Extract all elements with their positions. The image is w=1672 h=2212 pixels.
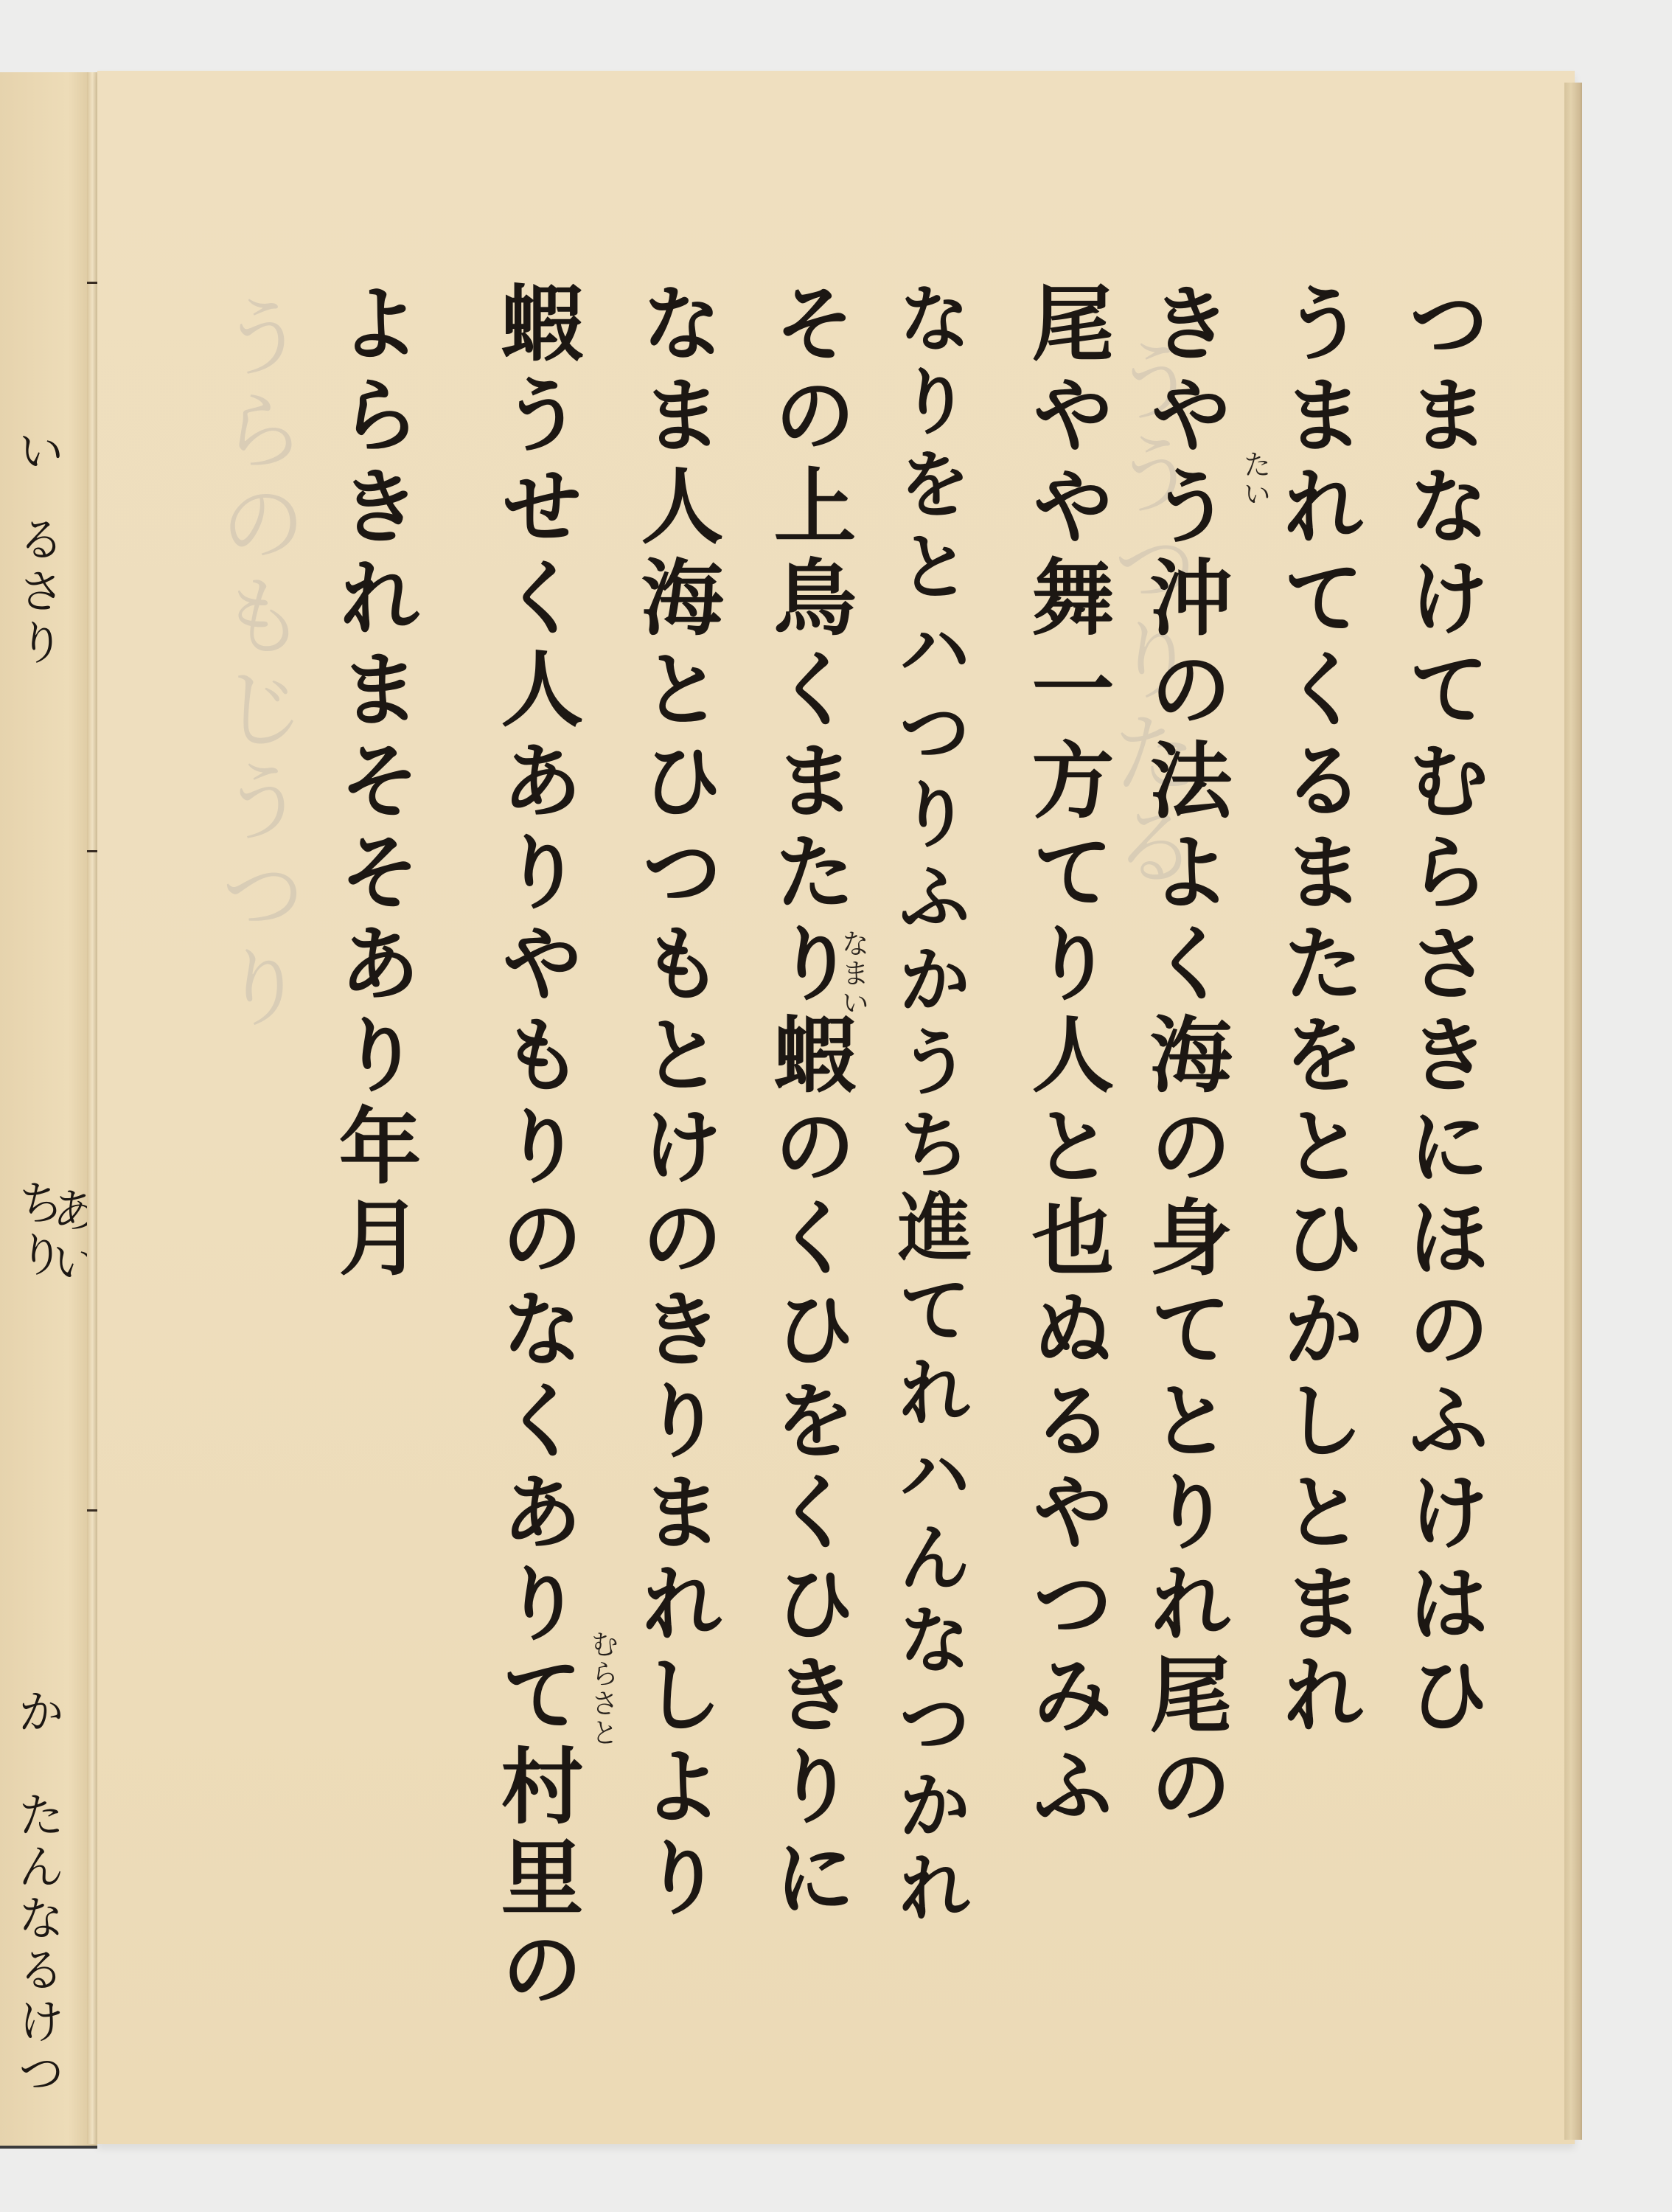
ruby-gloss: むらさと bbox=[582, 1630, 623, 1747]
show-through-text: うらのもじうつり bbox=[201, 292, 311, 1035]
left-page-fragment: たんなるけつ bbox=[3, 1790, 71, 2100]
text-column: つまなけてむらさきにほのふけはひ bbox=[1401, 280, 1483, 1743]
ruby-gloss: なまい bbox=[833, 929, 874, 1018]
binding-stitch bbox=[87, 282, 97, 284]
book-spread: い るさり ちり あい か たんなるけつ うらのもじうつり ううつりたる つまな… bbox=[0, 0, 1672, 2212]
left-page-fragment: い bbox=[3, 426, 71, 478]
page-edge bbox=[1564, 83, 1582, 2140]
text-column: きやう沖の法よく海の身てとりれ尾の bbox=[1143, 280, 1225, 1834]
text-column: なりをとハつりふかうち進てれハんなつかれ bbox=[892, 280, 966, 1932]
binding-stitch bbox=[87, 1509, 97, 1512]
ruby-gloss: たい bbox=[1235, 450, 1275, 509]
left-page-fragment: るさり bbox=[3, 515, 71, 669]
text-column: その上鳥くまたり蝦のくひをくひきりに bbox=[767, 280, 849, 1926]
left-page: い るさり ちり あい か たんなるけつ bbox=[0, 72, 97, 2149]
text-column: なま人海とひつもとけのきりまれしより bbox=[634, 280, 717, 1926]
binding-stitch bbox=[87, 850, 97, 852]
left-page-fragment: か bbox=[3, 1687, 71, 1739]
text-column: 蝦うせく人ありやもりのなくありて村里の bbox=[494, 280, 577, 2017]
text-column: よらきれまそそあり年月 bbox=[332, 280, 414, 1286]
text-column: うまれてくるまたをとひかしとまれ bbox=[1275, 280, 1358, 1743]
text-column: 尾やや舞一方てり人と也ぬるやつみふ bbox=[1025, 280, 1107, 1834]
manuscript-text: つまなけてむらさきにほのふけはひ うまれてくるまたをとひかしとまれ きやう沖の法… bbox=[317, 280, 1497, 1755]
